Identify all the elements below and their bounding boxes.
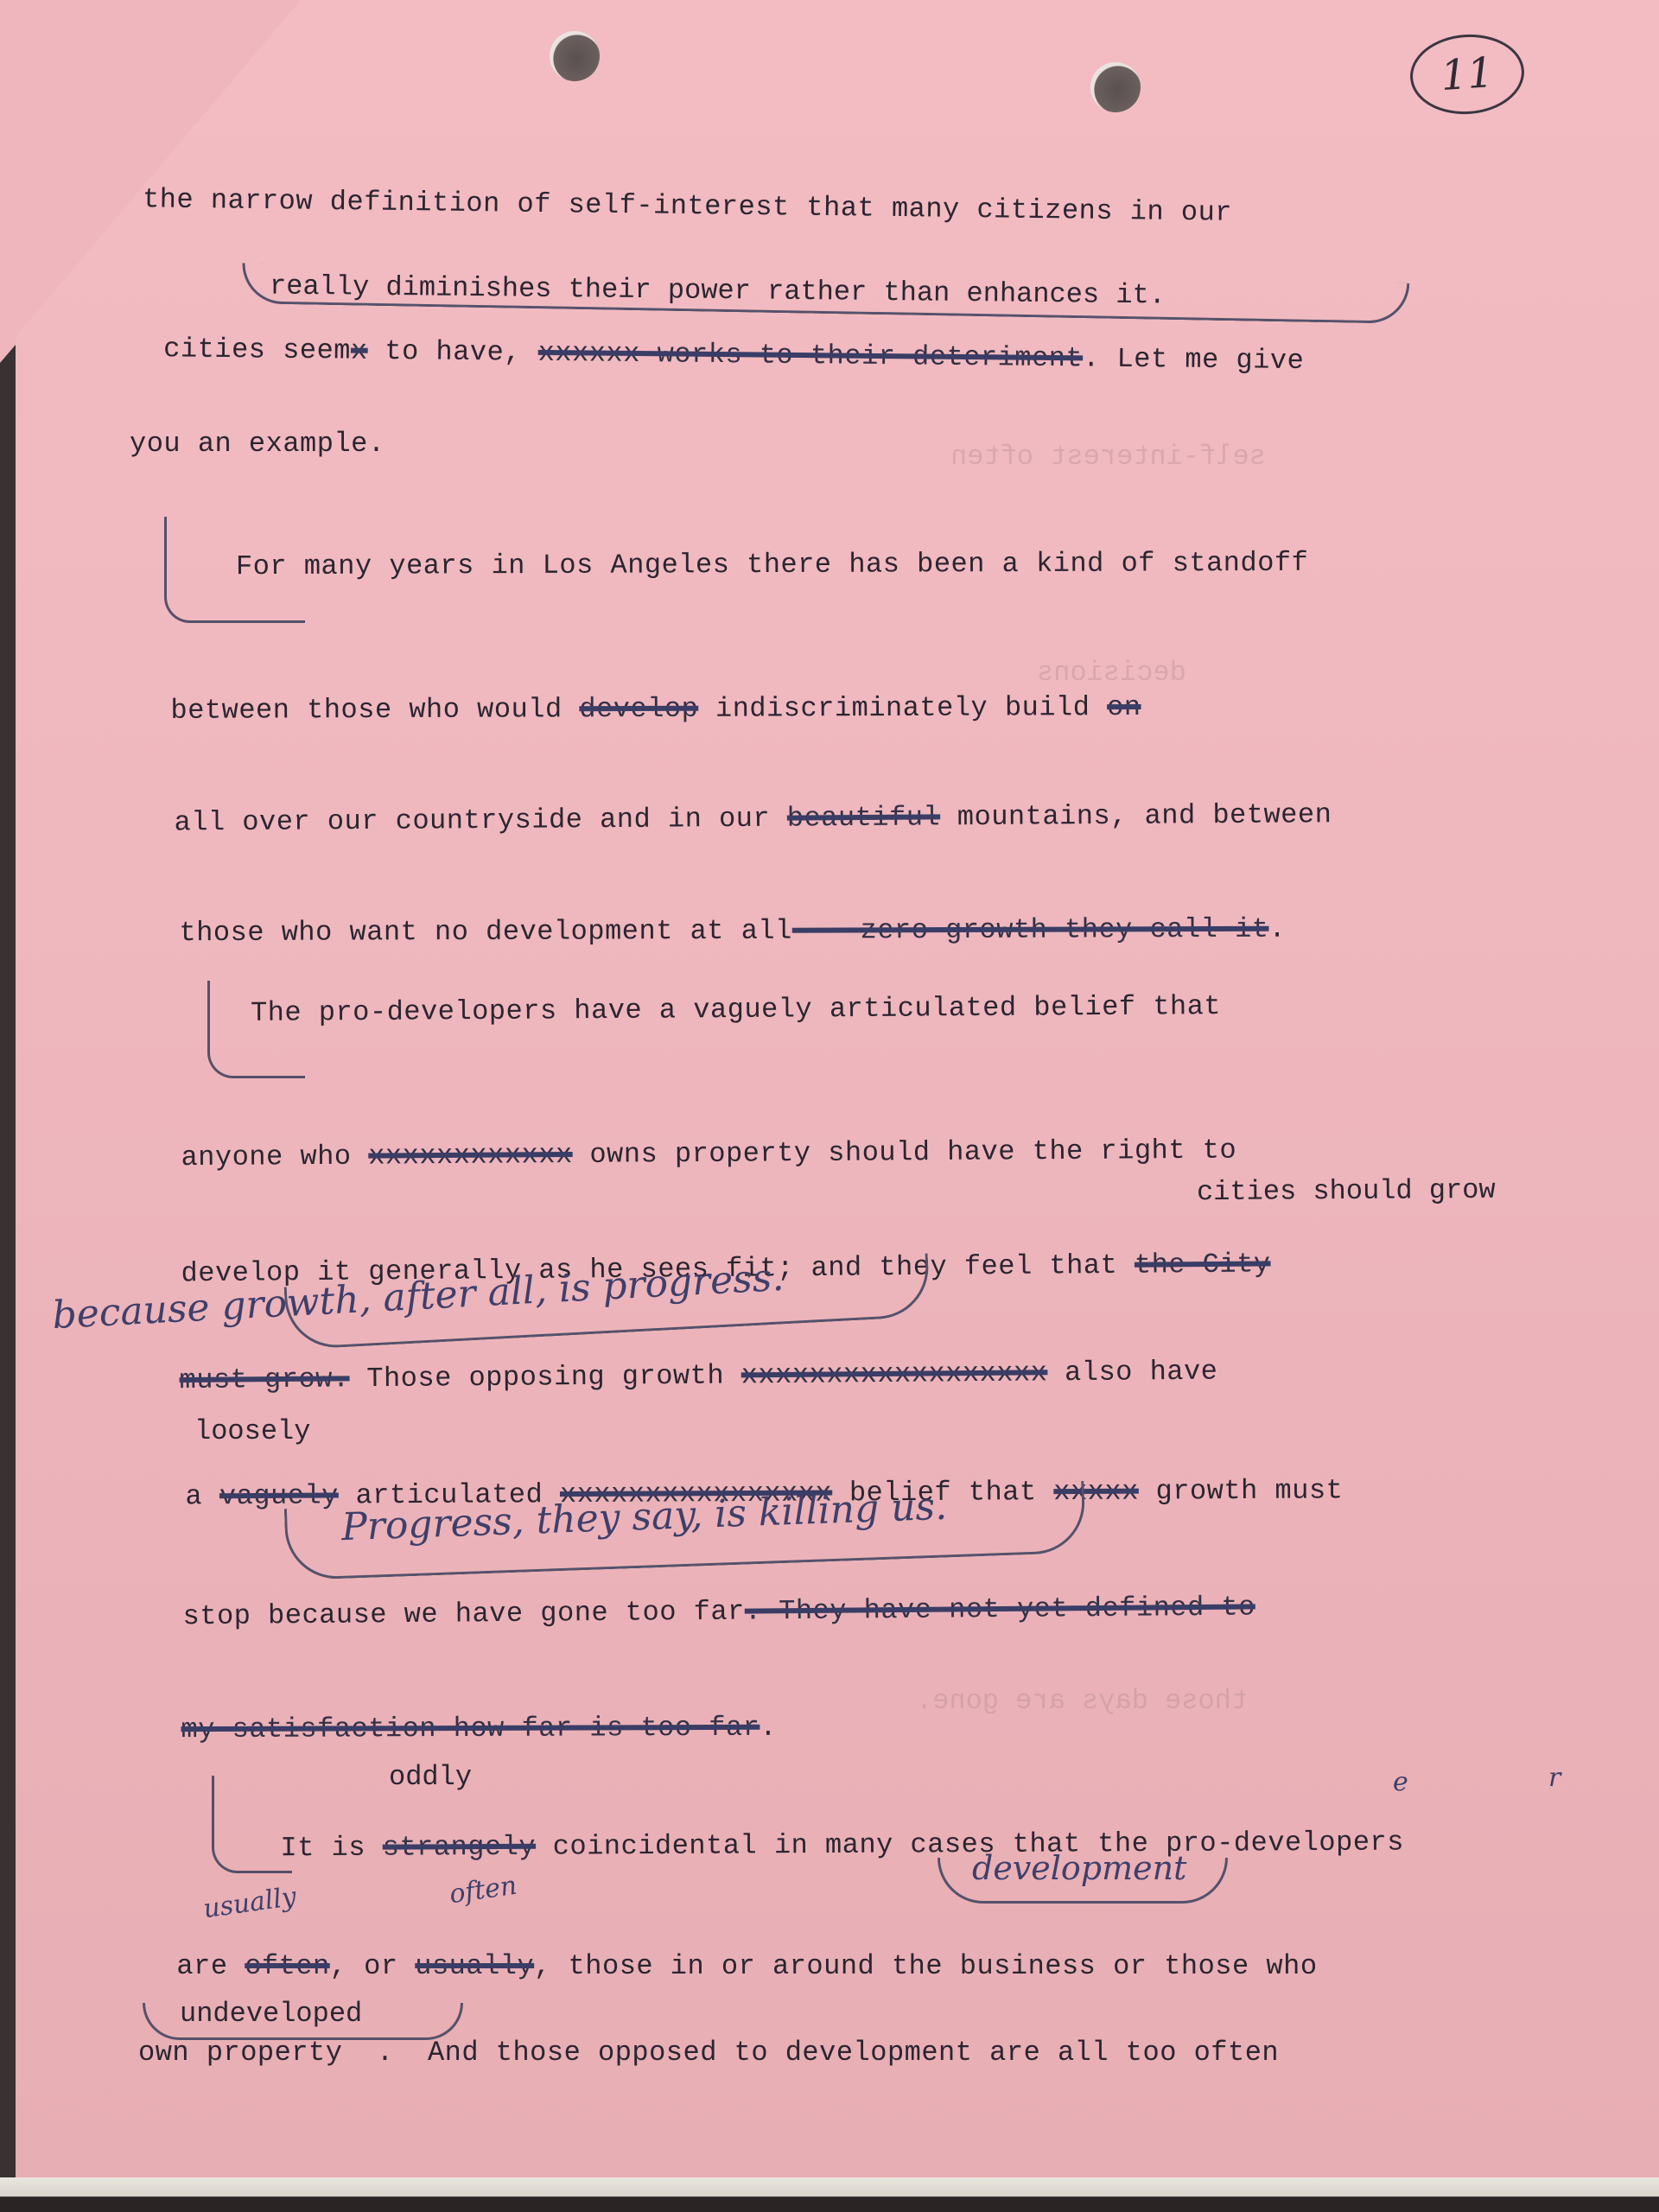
text-line: The pro-developers have a vaguely articu…	[251, 990, 1221, 1029]
insertion-bracket	[143, 2003, 463, 2040]
inserted-text: oddly	[389, 1761, 472, 1793]
text-line: For many years in Los Angeles there has …	[236, 547, 1308, 582]
inserted-text: cities should grow	[1197, 1174, 1496, 1208]
text-line: stop because we have gone too far. They …	[149, 1559, 1255, 1632]
show-through-text: self-interest often	[950, 441, 1266, 473]
desk-edge	[0, 2177, 1659, 2212]
show-through-text: those days are gone.	[916, 1685, 1248, 1717]
correction-letter: r	[1548, 1763, 1560, 1793]
inserted-text: loosely	[194, 1415, 310, 1447]
correction-letter: e	[1393, 1767, 1408, 1797]
text-line: cities seemx to have, xxxxxx works to th…	[130, 301, 1305, 377]
text-line: all over our countryside and in our beau…	[140, 766, 1332, 839]
punch-hole-right	[1090, 62, 1141, 112]
punch-hole-left	[550, 31, 600, 81]
insertion-bracket	[938, 1858, 1228, 1904]
text-line: between those who would develop indiscri…	[137, 659, 1141, 727]
paragraph-mark	[207, 981, 305, 1078]
text-line: anyone who xxxxxxxxxxxx owns property sh…	[147, 1103, 1236, 1174]
text-line: you an example.	[130, 428, 385, 460]
text-line: It is strangely coincidental in many cas…	[246, 1794, 1404, 1864]
text-line: must grow. Those opposing growth xxxxxxx…	[145, 1324, 1218, 1397]
text-line: my satisfaction how far is too far.	[147, 1680, 777, 1746]
text-line: are often, or usually, those in or aroun…	[143, 1918, 1318, 1982]
text-line: own property . And those opposed to deve…	[138, 2037, 1279, 2069]
text-line: those who want no development at all -- …	[145, 881, 1286, 950]
